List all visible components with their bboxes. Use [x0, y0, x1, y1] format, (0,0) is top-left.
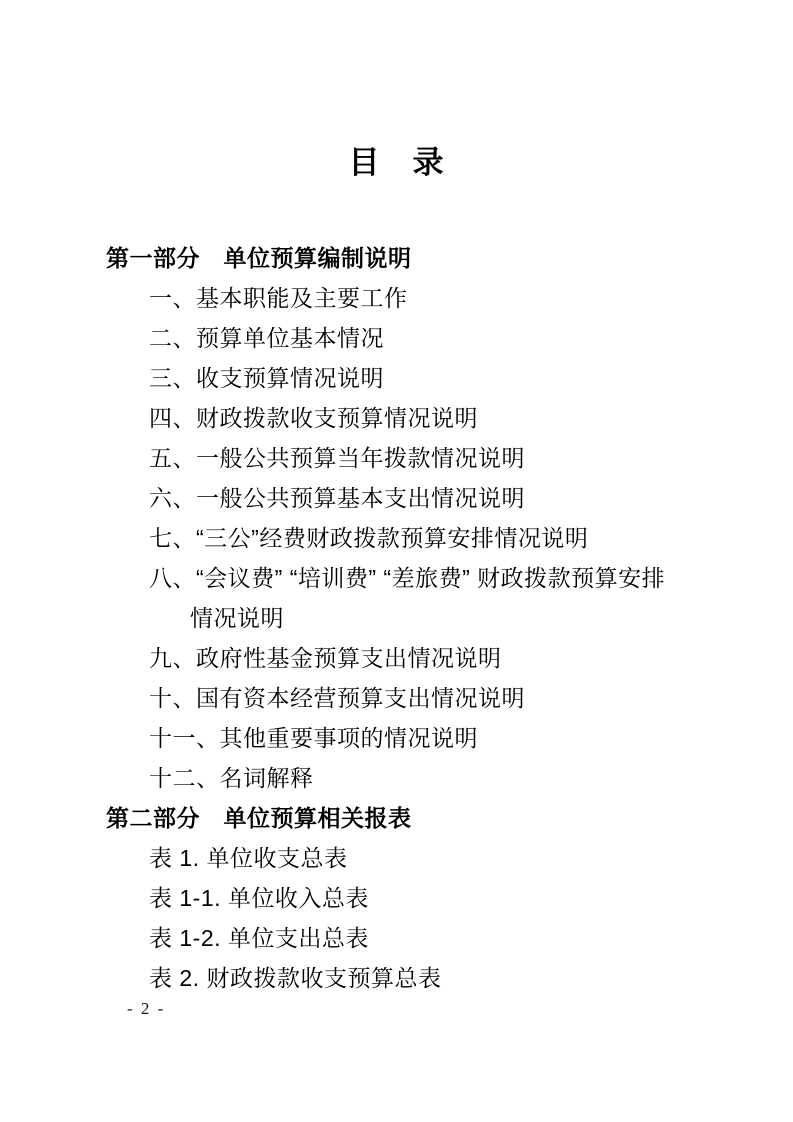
page-title: 目 录: [0, 0, 793, 183]
toc-entry-continuation: 情况说明: [0, 598, 793, 638]
toc-table-entry: 表 1-1. 单位收入总表: [0, 878, 793, 918]
toc-entry: 七、“三公”经费财政拨款预算安排情况说明: [0, 518, 793, 558]
toc-entry: 十、国有资本经营预算支出情况说明: [0, 678, 793, 718]
toc-entry: 九、政府性基金预算支出情况说明: [0, 638, 793, 678]
toc-entry: 八、“会议费” “培训费” “差旅费” 财政拨款预算安排: [0, 558, 793, 598]
toc-entry: 三、收支预算情况说明: [0, 358, 793, 398]
toc-entry: 一、基本职能及主要工作: [0, 278, 793, 318]
document-page: { "page": { "title": "目 录", "page_number…: [0, 0, 793, 1122]
toc-entry: 六、一般公共预算基本支出情况说明: [0, 478, 793, 518]
toc-entry: 四、财政拨款收支预算情况说明: [0, 398, 793, 438]
toc-part-heading: 第一部分 单位预算编制说明: [0, 238, 793, 278]
toc-entry: 五、一般公共预算当年拨款情况说明: [0, 438, 793, 478]
page-number: - 2 -: [0, 998, 793, 1020]
toc-part-heading: 第二部分 单位预算相关报表: [0, 798, 793, 838]
toc-table-entry: 表 2. 财政拨款收支预算总表: [0, 958, 793, 998]
toc-entry: 十一、其他重要事项的情况说明: [0, 718, 793, 758]
toc-table-entry: 表 1-2. 单位支出总表: [0, 918, 793, 958]
toc-entry: 二、预算单位基本情况: [0, 318, 793, 358]
toc-list: 第一部分 单位预算编制说明一、基本职能及主要工作二、预算单位基本情况三、收支预算…: [0, 238, 793, 998]
toc-table-entry: 表 1. 单位收支总表: [0, 838, 793, 878]
toc-entry: 十二、名词解释: [0, 758, 793, 798]
